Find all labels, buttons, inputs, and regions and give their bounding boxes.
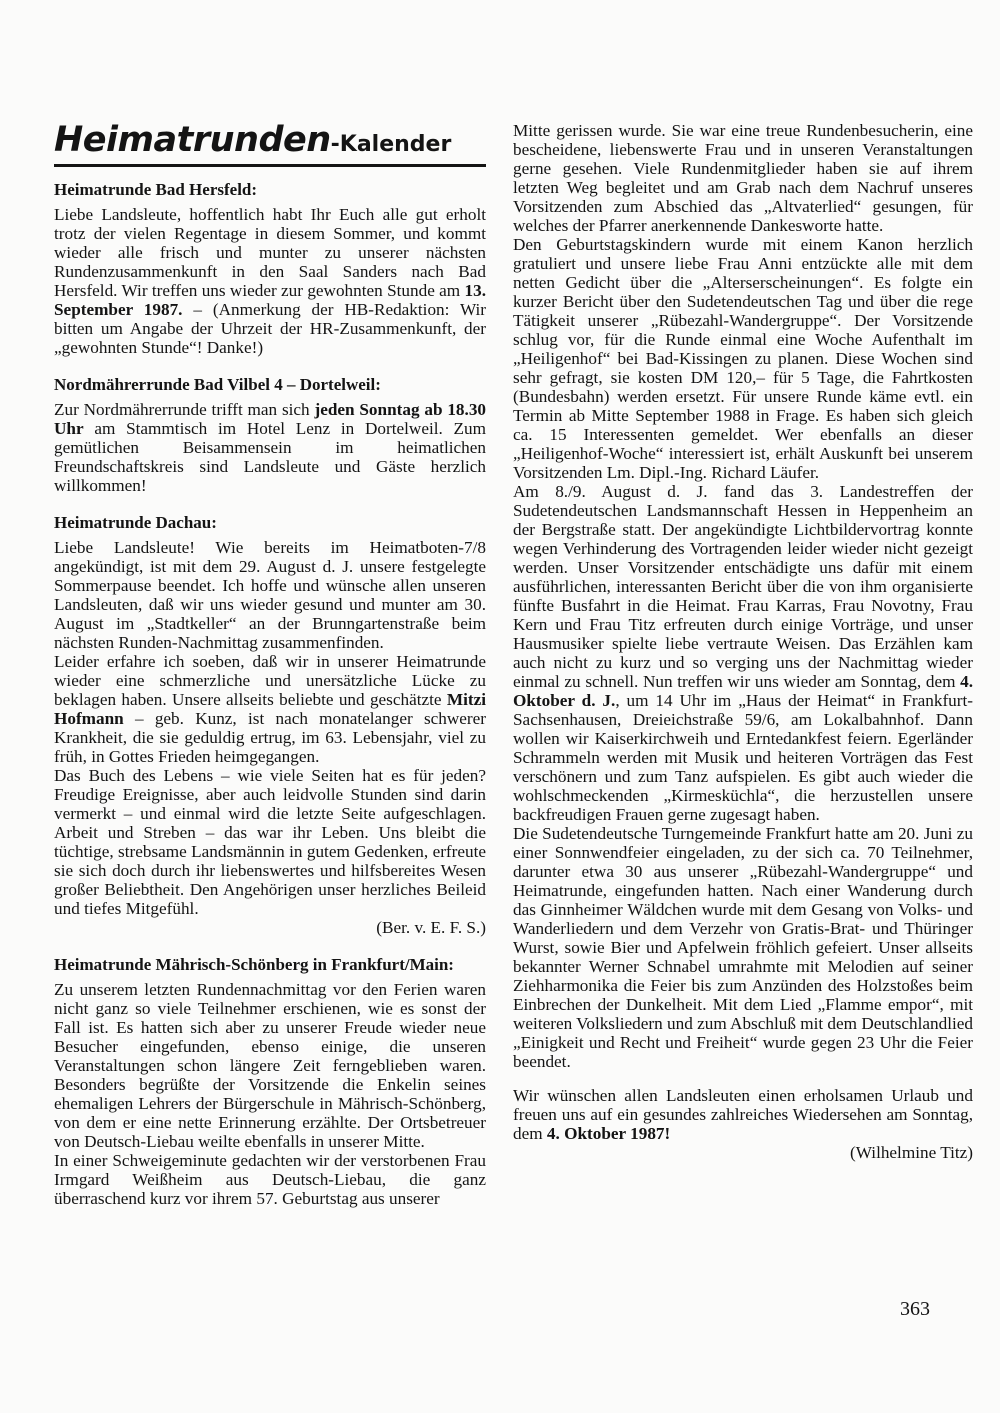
page-number: 363 [900,1298,930,1321]
text: Liebe Landsleute, hoffentlich habt Ihr E… [54,205,486,300]
section-heading: Nordmährerrunde Bad Vilbel 4 – Dortelwei… [54,375,486,394]
paragraph: Mitte gerissen wurde. Sie war eine treue… [513,121,973,235]
paragraph: Liebe Landsleute, hoffentlich habt Ihr E… [54,205,486,357]
paragraph: Die Sudetendeutsche Turngemeinde Frankfu… [513,824,973,1071]
section-heading: Heimatrunde Mährisch-Schönberg in Frankf… [54,955,486,974]
paragraph: Am 8./9. August d. J. fand das 3. Landes… [513,482,973,824]
section-maehrisch-schoenberg: Heimatrunde Mährisch-Schönberg in Frankf… [54,955,486,1208]
right-column: Mitte gerissen wurde. Sie war eine treue… [513,121,973,1162]
signature: (Wilhelmine Titz) [513,1143,973,1162]
title-block: -Kalender [331,132,452,157]
section-dachau: Heimatrunde Dachau: Liebe Landsleute! Wi… [54,513,486,937]
signature: (Ber. v. E. F. S.) [54,918,486,937]
paragraph: Den Geburtstagskindern wurde mit einem K… [513,235,973,482]
title-rule [54,164,486,167]
text: am Stammtisch im Hotel Lenz in Dortelwei… [54,419,486,495]
title-script: Heimatrunden [54,120,331,160]
paragraph: Liebe Landsleute! Wie bereits im Heimatb… [54,538,486,652]
text: Zur Nordmährerrunde trifft man sich [54,400,314,419]
section-bad-hersfeld: Heimatrunde Bad Hersfeld: Liebe Landsleu… [54,180,486,357]
paragraph: In einer Schweigeminute gedachten wir de… [54,1151,486,1208]
bold-date: 4. Oktober 1987! [547,1124,670,1143]
left-column: Heimatrunde Bad Hersfeld: Liebe Landsleu… [54,180,486,1226]
paragraph: Zur Nordmährerrunde trifft man sich jede… [54,400,486,495]
text: Am 8./9. August d. J. fand das 3. Landes… [513,482,973,691]
paragraph: Leider erfahre ich soeben, daß wir in un… [54,652,486,766]
paragraph: Wir wünschen allen Landsleuten einen erh… [513,1086,973,1143]
text: , um 14 Uhr im „Haus der Heimat“ in Fran… [513,691,973,824]
section-bad-vilbel: Nordmährerrunde Bad Vilbel 4 – Dortelwei… [54,375,486,495]
spacer [513,1071,973,1086]
section-heading: Heimatrunde Dachau: [54,513,486,532]
masthead: Heimatrunden-Kalender [54,123,486,167]
text: Leider erfahre ich soeben, daß wir in un… [54,652,486,709]
paragraph: Zu unserem letzten Rundennachmittag vor … [54,980,486,1151]
page-title: Heimatrunden-Kalender [54,123,486,158]
section-heading: Heimatrunde Bad Hersfeld: [54,180,486,199]
paragraph: Das Buch des Lebens – wie viele Seiten h… [54,766,486,918]
